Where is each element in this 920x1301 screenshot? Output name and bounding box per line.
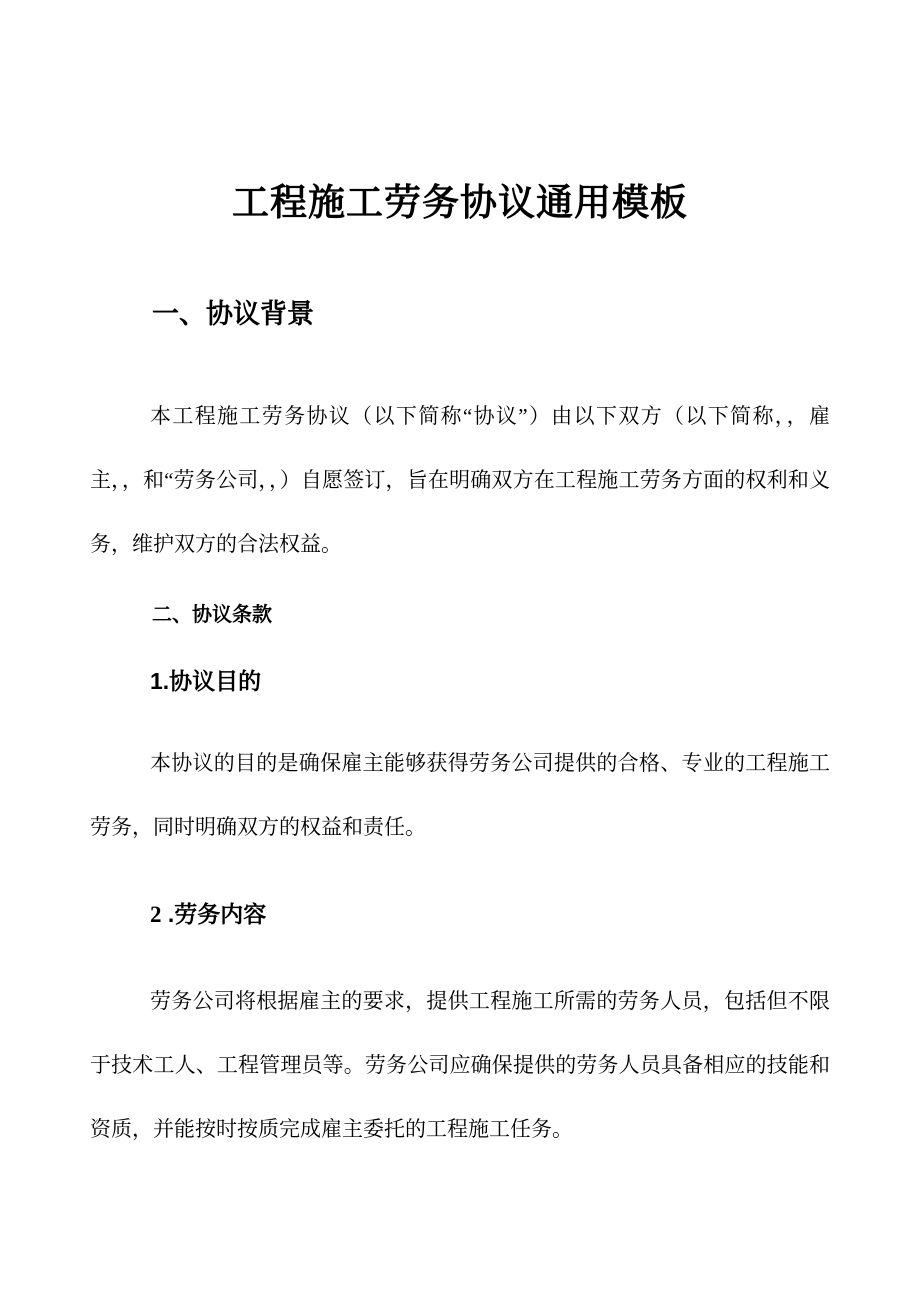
- paragraph-clause-labor-content: 劳务公司将根据雇主的要求，提供工程施工所需的劳务人员，包括但不限于技术工人、工程…: [90, 969, 830, 1161]
- document-page: 工程施工劳务协议通用模板 一、协议背景 本工程施工劳务协议（以下简称“协议”）由…: [0, 0, 920, 1301]
- document-title: 工程施工劳务协议通用模板: [0, 172, 920, 226]
- heading-clause-labor-content-text: .劳务内容: [162, 901, 267, 927]
- heading-clause-labor-content-number: 2: [150, 902, 162, 927]
- paragraph-clause-purpose: 本协议的目的是确保雇主能够获得劳务公司提供的合格、专业的工程施工劳务，同时明确双…: [90, 731, 830, 859]
- heading-clause-labor-content: 2 .劳务内容: [150, 896, 266, 929]
- heading-agreement-terms: 二、协议条款: [152, 598, 272, 627]
- heading-clause-purpose: 1.协议目的: [150, 663, 261, 696]
- heading-agreement-background: 一、协议背景: [152, 292, 314, 331]
- paragraph-agreement-background: 本工程施工劳务协议（以下简称“协议”）由以下双方（以下简称，，雇主，，和“劳务公…: [90, 384, 830, 576]
